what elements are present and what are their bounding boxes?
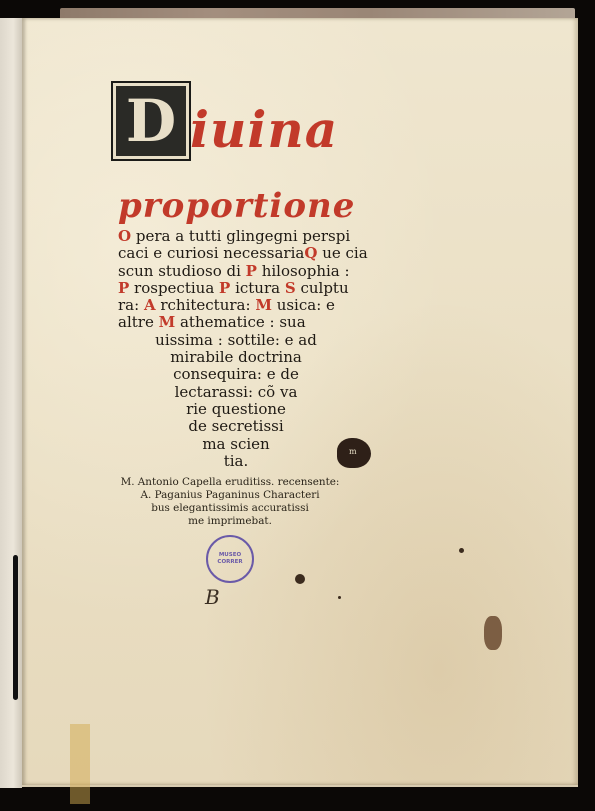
initial-letter-glyph: D bbox=[126, 92, 176, 150]
body-line: mirabile doctrina bbox=[118, 349, 354, 366]
library-stamp: MUSEO CORRER bbox=[206, 535, 254, 583]
body-line: caci e curiosi necessariaQ ue cia bbox=[118, 245, 354, 262]
decorated-initial-letter: D bbox=[111, 81, 191, 161]
body-line: ma scien bbox=[118, 436, 354, 453]
title-line-2: proportione bbox=[118, 186, 355, 226]
imprint-line: A. Paganius Paganinus Characteri bbox=[110, 489, 350, 502]
imprint-line: bus elegantissimis accuratissi bbox=[110, 502, 350, 515]
body-line: scun studioso di P hilosophia : bbox=[118, 263, 354, 280]
stamp-line-2: CORRER bbox=[217, 559, 242, 566]
body-line: ra: A rchitectura: M usica: e bbox=[118, 297, 354, 314]
body-line: lectarassi: cõ va bbox=[118, 384, 354, 401]
body-line: altre M athematice : sua bbox=[118, 314, 354, 331]
body-line: O pera a tutti glingegni perspi bbox=[118, 228, 354, 245]
body-line: P rospectiua P ictura S culptu bbox=[118, 280, 354, 297]
imprint-line: M. Antonio Capella eruditiss. recensente… bbox=[110, 476, 350, 489]
body-line: tia. bbox=[118, 453, 354, 470]
imprint-block: M. Antonio Capella eruditiss. recensente… bbox=[110, 476, 350, 528]
stamp-line-1: MUSEO bbox=[219, 552, 241, 559]
signature-mark: B bbox=[205, 585, 220, 609]
spot bbox=[295, 574, 305, 584]
body-line: uissima : sottile: e ad bbox=[118, 332, 354, 349]
ink-stain bbox=[484, 616, 502, 650]
spot bbox=[338, 596, 341, 599]
body-line: rie questione bbox=[118, 401, 354, 418]
spot bbox=[459, 548, 464, 553]
body-line: consequira: e de bbox=[118, 366, 354, 383]
title-line-1: iuina bbox=[190, 100, 338, 159]
blot-mark: m bbox=[349, 447, 357, 456]
left-flyleaf bbox=[0, 18, 22, 788]
imprint-line: me imprimebat. bbox=[110, 515, 350, 528]
spine-shadow bbox=[13, 555, 18, 700]
tape-stain bbox=[70, 724, 90, 804]
body-line: de secretissi bbox=[118, 418, 354, 435]
subtitle-block: O pera a tutti glingegni perspi caci e c… bbox=[118, 228, 354, 470]
